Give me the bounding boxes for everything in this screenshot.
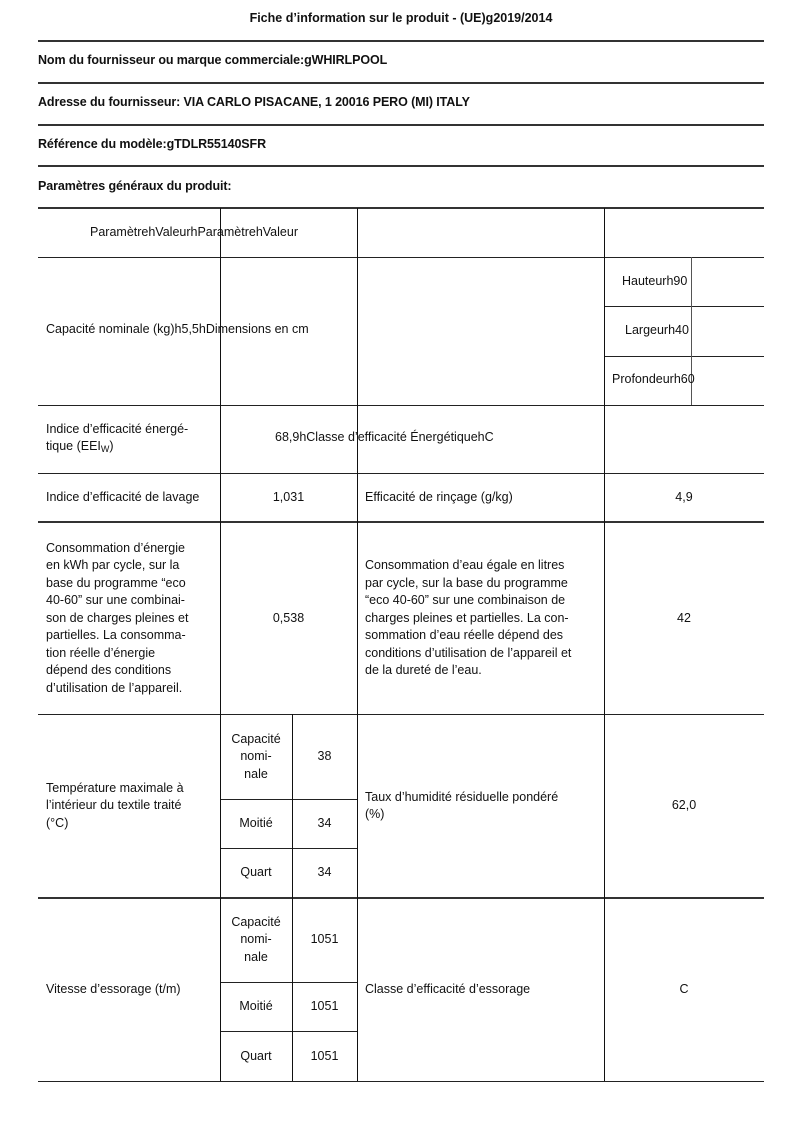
spin-class-label: Classe d’efficacité d’essorage xyxy=(357,898,604,1081)
energy-consumption-label: Consommation d’énergieen kWh par cycle, … xyxy=(38,523,220,714)
general-params-heading: Paramètres généraux du produit: xyxy=(38,179,231,193)
spin-speed-label: Vitesse d’essorage (t/m) xyxy=(38,898,220,1081)
divider xyxy=(38,40,764,42)
label-line: tion réelle d’énergie xyxy=(46,645,188,663)
moisture-label-lines: Taux d’humidité résiduelle pondéré(%) xyxy=(365,789,558,824)
temperature-load-label: Moitié xyxy=(220,800,292,848)
temperature-load-value: 34 xyxy=(292,800,357,848)
table-top-border xyxy=(38,207,764,209)
label-line: nale xyxy=(231,949,280,967)
label-line: “eco 40-60” sur une combinaison de xyxy=(365,592,571,610)
washing-index-label: Indice d’efficacité de lavage xyxy=(38,474,220,521)
spin-load-label: Capaciténomi-nale xyxy=(220,898,292,982)
divider xyxy=(38,165,764,167)
temperature-load-value: 38 xyxy=(292,715,357,799)
label-line: Taux d’humidité résiduelle pondéré xyxy=(365,789,558,807)
eei-label: Indice d’efficacité énergé- tique (EEIW) xyxy=(38,406,220,473)
energy-label-lines: Consommation d’énergieen kWh par cycle, … xyxy=(46,540,188,698)
spin-load-value: 1051 xyxy=(292,983,357,1031)
label-line: partielles. La consomma- xyxy=(46,627,188,645)
label-line: son de charges pleines et xyxy=(46,610,188,628)
eei-value-and-class: 68,9hClasse d’efficacité ÉnergétiquehC xyxy=(275,430,494,444)
label-line: (°C) xyxy=(46,815,184,833)
label-line: Capacité xyxy=(231,731,280,749)
rinsing-label: Efficacité de rinçage (g/kg) xyxy=(357,474,604,521)
label-line: Quart xyxy=(240,864,271,882)
supplier-address: Adresse du fournisseur: VIA CARLO PISACA… xyxy=(38,95,470,109)
table-bottom-border xyxy=(38,1081,764,1082)
temperature-load-label: Capaciténomi-nale xyxy=(220,715,292,799)
dimension-width: Largeurh40 xyxy=(625,323,689,337)
spin-load-label: Moitié xyxy=(220,983,292,1031)
capacity-dimensions-text: Capacité nominale (kg)h5,5hDimensions en… xyxy=(46,322,309,336)
dim-divider xyxy=(604,306,764,307)
temperature-label: Température maximale àl’intérieur du tex… xyxy=(38,715,220,897)
label-line: d’utilisation de l’appareil. xyxy=(46,680,188,698)
divider xyxy=(38,82,764,84)
residual-moisture-label: Taux d’humidité résiduelle pondéré(%) xyxy=(357,715,604,897)
label-line: Température maximale à xyxy=(46,780,184,798)
label-line: sommation d’eau réelle dépend des xyxy=(365,627,571,645)
label-line: de la dureté de l’eau. xyxy=(365,662,571,680)
divider xyxy=(38,124,764,126)
dimension-depth: Profondeurh60 xyxy=(612,372,695,386)
label-line: Capacité xyxy=(231,914,280,932)
label-line: Moitié xyxy=(239,998,272,1016)
dimension-height: Hauteurh90 xyxy=(622,274,687,288)
label-line: Quart xyxy=(240,1048,271,1066)
water-label-lines: Consommation d’eau égale en litrespar cy… xyxy=(365,557,571,680)
label-line: l’intérieur du textile traité xyxy=(46,797,184,815)
temperature-load-label: Quart xyxy=(220,849,292,897)
dim-divider xyxy=(604,356,764,357)
label-line: nomi- xyxy=(231,748,280,766)
label-line: base du programme “eco xyxy=(46,575,188,593)
eei-label-line: tique (EEIW) xyxy=(46,438,188,459)
washing-index-value: 1,031 xyxy=(220,474,357,521)
label-line: conditions d’utilisation de l’appareil e… xyxy=(365,645,571,663)
water-consumption-value: 42 xyxy=(604,523,764,714)
label-line: en kWh par cycle, sur la xyxy=(46,557,188,575)
document-title: Fiche d’information sur le produit - (UE… xyxy=(0,11,802,25)
spin-load-label: Quart xyxy=(220,1032,292,1081)
spin-load-value: 1051 xyxy=(292,898,357,982)
label-line: nomi- xyxy=(231,931,280,949)
table-header-text: ParamètrehValeurhParamètrehValeur xyxy=(90,225,298,239)
model-reference: Référence du modèle:gTDLR55140SFR xyxy=(38,137,266,151)
label-line: Consommation d’eau égale en litres xyxy=(365,557,571,575)
spin-load-value: 1051 xyxy=(292,1032,357,1081)
label-line: charges pleines et partielles. La con- xyxy=(365,610,571,628)
label-line: nale xyxy=(231,766,280,784)
label-line: par cycle, sur la base du programme xyxy=(365,575,571,593)
water-consumption-label: Consommation d’eau égale en litrespar cy… xyxy=(357,523,604,714)
energy-consumption-value: 0,538 xyxy=(220,523,357,714)
label-line: Moitié xyxy=(239,815,272,833)
supplier-name: Nom du fournisseur ou marque commerciale… xyxy=(38,53,387,67)
temperature-load-value: 34 xyxy=(292,849,357,897)
label-line: (%) xyxy=(365,806,558,824)
eei-label-line: Indice d’efficacité énergé- xyxy=(46,421,188,439)
label-line: Consommation d’énergie xyxy=(46,540,188,558)
row-divider xyxy=(38,257,764,258)
label-line: 40-60” sur une combinai- xyxy=(46,592,188,610)
spin-class-value: C xyxy=(604,898,764,1081)
temperature-label-lines: Température maximale àl’intérieur du tex… xyxy=(46,780,184,833)
rinsing-value: 4,9 xyxy=(604,474,764,521)
residual-moisture-value: 62,0 xyxy=(604,715,764,897)
label-line: dépend des conditions xyxy=(46,662,188,680)
